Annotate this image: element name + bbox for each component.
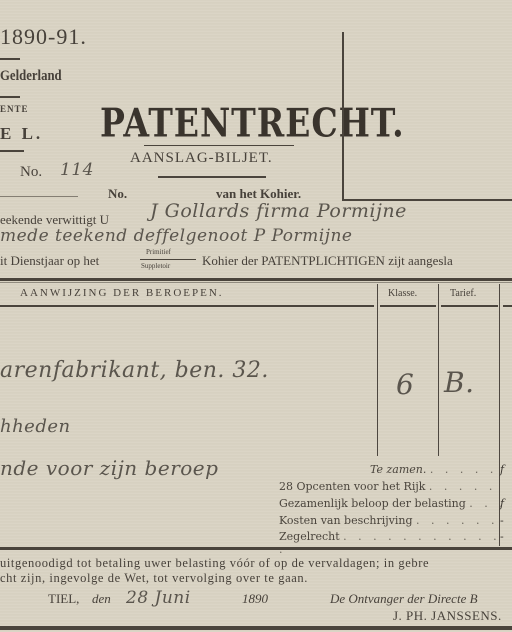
summary-row-zegelrecht: Zegelrecht . . . . . . . . . . . . [279,530,512,556]
number-value: 114 [60,160,94,180]
column-divider [438,284,439,456]
summary-label: Zegelrecht [279,530,340,543]
summary-row-total: Te zamen. . . . . . [370,463,497,476]
divider [0,96,20,98]
summary-dots: . . . . . [429,480,496,493]
table-top-rule [0,278,512,281]
stamp-box-border [342,32,344,200]
column-header-tarief: Tarief. [450,288,476,299]
summary-label: 28 Opcenten voor het Rijk [279,480,425,493]
divider [0,196,78,197]
beroep-row-1: arenfabrikant, ben. 32. [0,358,269,383]
taxpayer-name: J Gollards firma Pormijne [150,200,407,222]
fraction-bottom: Suppletoir [141,262,170,270]
table-top-rule [0,282,512,283]
town-name: E L. [0,124,43,144]
summary-label: Gezamenlijk beloop der belasting [279,497,466,510]
summary-dash: - [500,530,504,543]
header-underline [380,305,436,307]
fiscal-year: 1890-91. [0,24,87,50]
bottom-rule [0,626,512,630]
summary-currency: f [500,497,504,510]
gemeente-label: ENTE [0,104,29,114]
divider [0,150,24,152]
klasse-value: 6 [396,368,414,401]
kohier-number-label: No. [108,186,127,202]
summary-dots: . . . . . [430,463,497,476]
fraction-bar [140,259,196,260]
collector-title: De Ontvanger der Directe B [330,591,478,607]
header-underline [0,305,374,307]
summary-dash: - [500,514,504,527]
divider [0,58,20,60]
beroep-row-2: hheden [0,416,71,437]
beroep-row-3: nde voor zijn beroep [0,456,218,480]
subtitle-underline [158,176,266,178]
column-header-klasse: Klasse. [388,288,417,299]
title-underline [144,145,294,146]
column-divider [377,284,378,456]
summary-dots: . . . . . . [416,514,498,527]
issue-date: 28 Juni [126,588,191,608]
summary-row-gezamenlijk: Gezamenlijk beloop der belasting . . . [279,497,507,510]
issue-year: 1890 [242,591,268,607]
document-subtitle: AANSLAG-BILJET. [130,150,273,167]
fraction-top: Primitief [146,248,171,256]
number-label: No. [20,164,42,181]
footer-rule [0,547,512,550]
service-year-text: it Dienstjaar op het [0,253,99,269]
kohier-text: Kohier der PATENTPLICHTIGEN zijt aangesl… [202,253,453,269]
summary-label: Te zamen. [370,463,426,476]
tarief-value: B. [444,366,474,399]
summary-row-kosten: Kosten van beschrijving . . . . . . [279,514,499,527]
payment-notice-line-1: uitgenoodigd tot betaling uwer belasting… [0,556,429,571]
province-name: Gelderland [0,68,62,85]
document-title: PATENTRECHT. [100,100,405,146]
summary-label: Kosten van beschrijving [279,514,413,527]
collector-name: J. PH. JANSSENS. [393,608,502,624]
summary-row-opcenten: 28 Opcenten voor het Rijk . . . . . [279,480,496,493]
place: TIEL, [48,591,79,607]
taxpayer-partners: mede teekend deffelgenoot P Pormijne [0,226,353,246]
date-prefix: den [92,591,111,607]
column-header-beroepen: AANWIJZING DER BEROEPEN. [20,287,224,299]
summary-currency: f [500,463,504,476]
header-underline [503,305,512,307]
header-underline [441,305,498,307]
payment-notice-line-2: cht zijn, ingevolge de Wet, tot vervolgi… [0,571,308,586]
